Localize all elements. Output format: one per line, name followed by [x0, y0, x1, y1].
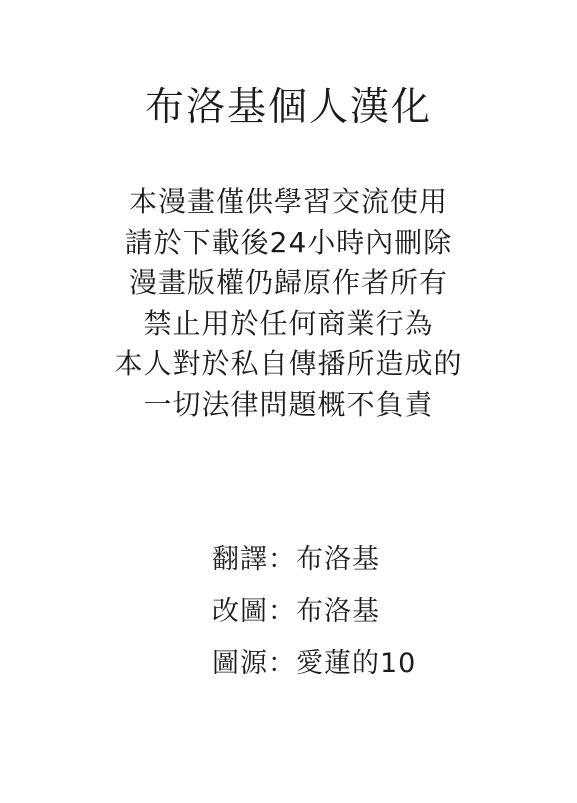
credit-value: 布洛基 — [296, 596, 380, 627]
disclaimer-block: 本漫畫僅供學習交流使用 請於下載後24小時內刪除 漫畫版權仍歸原作者所有 禁止用… — [0, 182, 577, 425]
credit-line-editor: 改圖：布洛基 — [212, 586, 416, 638]
credits-page: 布洛基個人漢化 本漫畫僅供學習交流使用 請於下載後24小時內刪除 漫畫版權仍歸原… — [0, 0, 577, 803]
disclaimer-line: 一切法律問題概不負責 — [0, 385, 577, 426]
credit-value: 愛蓮的10 — [296, 648, 416, 679]
disclaimer-line: 禁止用於任何商業行為 — [0, 304, 577, 345]
disclaimer-line: 本漫畫僅供學習交流使用 — [0, 182, 577, 223]
credit-label: 圖源： — [212, 648, 296, 679]
disclaimer-line: 本人對於私自傳播所造成的 — [0, 344, 577, 385]
credit-line-translator: 翻譯：布洛基 — [212, 534, 416, 586]
credit-label: 翻譯： — [212, 544, 296, 575]
credits-block: 翻譯：布洛基 改圖：布洛基 圖源：愛蓮的10 — [212, 534, 416, 690]
disclaimer-line: 請於下載後24小時內刪除 — [0, 223, 577, 264]
page-title: 布洛基個人漢化 — [0, 76, 577, 132]
credit-label: 改圖： — [212, 596, 296, 627]
disclaimer-line: 漫畫版權仍歸原作者所有 — [0, 263, 577, 304]
credit-value: 布洛基 — [296, 544, 380, 575]
credit-line-source: 圖源：愛蓮的10 — [212, 638, 416, 690]
